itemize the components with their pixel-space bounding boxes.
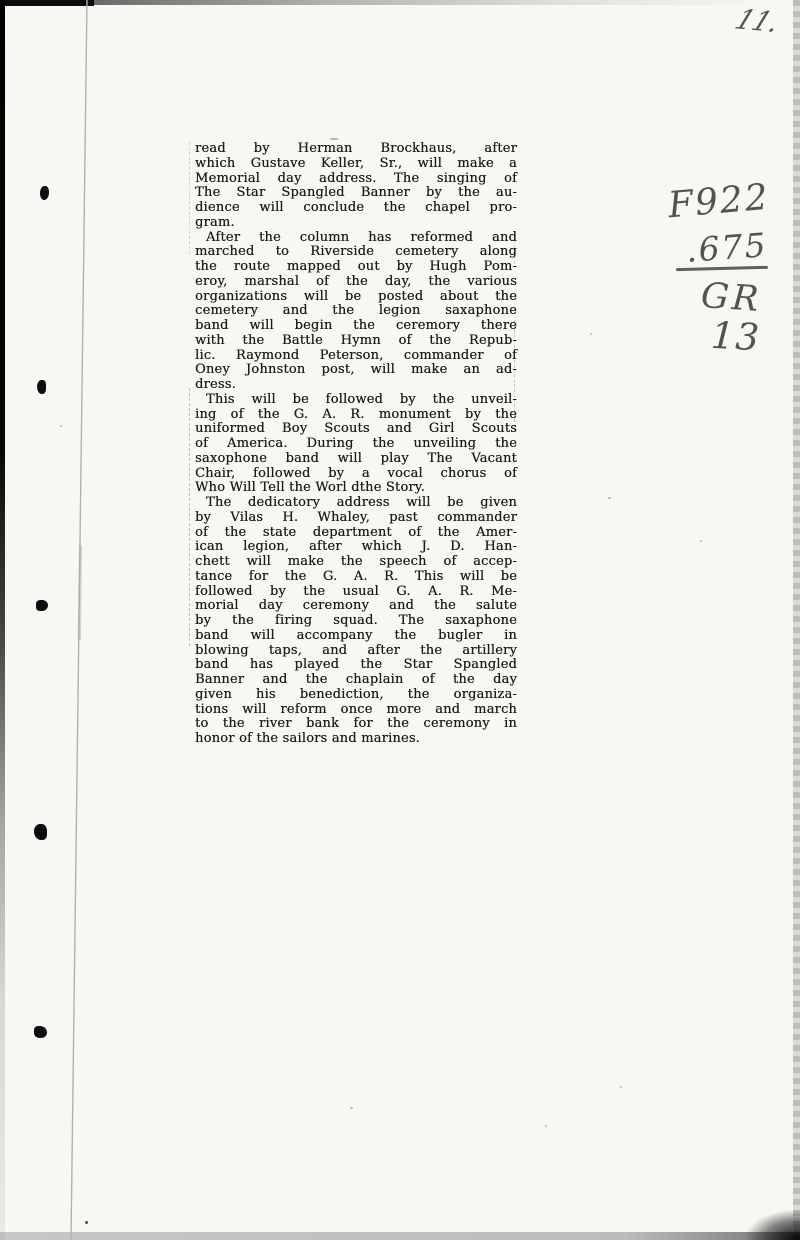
clipping-line: marched to Riverside cemetery along xyxy=(195,245,517,260)
clipping-line: After the column has reformed and xyxy=(195,231,517,246)
clipping-paragraph: The dedicatory address will be givenby V… xyxy=(195,496,517,747)
clipping-line: band has played the Star Spangled xyxy=(195,658,517,673)
clipping-line: This will be followed by the unveil- xyxy=(195,393,517,408)
clipping-line: by Vilas H. Whaley, past commander xyxy=(195,511,517,526)
call-number-line-2: .675 xyxy=(685,225,769,270)
clipping-line: by the firing squad. The saxaphone xyxy=(195,614,517,629)
clipping-line: organizations will be posted about the xyxy=(195,290,517,305)
clipping-line: lic. Raymond Peterson, commander of xyxy=(195,349,517,364)
clipping-line: given his benediction, the organiza- xyxy=(195,688,517,703)
clipping-line: which Gustave Keller, Sr., will make a xyxy=(195,157,517,172)
clipping-line: to the river bank for the ceremony in xyxy=(195,717,517,732)
clipping-paragraph: read by Herman Brockhaus, afterwhich Gus… xyxy=(195,142,517,231)
clipping-line: gram. xyxy=(195,216,517,231)
clipping-line: the route mapped out by Hugh Pom- xyxy=(195,260,517,275)
clipping-line: Oney Johnston post, will make an ad- xyxy=(195,363,517,378)
paper-speck xyxy=(330,138,338,140)
paper-speck xyxy=(620,1086,622,1088)
ink-blot xyxy=(34,1026,47,1038)
clipping-line: dience will conclude the chapel pro- xyxy=(195,201,517,216)
clipping-line: chett will make the speech of accep- xyxy=(195,555,517,570)
paper-speck xyxy=(545,1125,547,1127)
clipping-line: Banner and the chaplain of the day xyxy=(195,673,517,688)
paper-speck xyxy=(608,497,611,499)
clipping-line: uniformed Boy Scouts and Girl Scouts xyxy=(195,422,517,437)
clipping-paragraph: After the column has reformed andmarched… xyxy=(195,231,517,393)
clipping-line: saxophone band will play The Vacant xyxy=(195,452,517,467)
clipping-line: cemetery and the legion saxaphone xyxy=(195,304,517,319)
paper-speck xyxy=(60,425,62,427)
clipping-line: Memorial day address. The singing of xyxy=(195,172,517,187)
clipping-line: ing of the G. A. R. monument by the xyxy=(195,408,517,423)
clipping-line: ican legion, after which J. D. Han- xyxy=(195,540,517,555)
clipping-line: eroy, marshal of the day, the various xyxy=(195,275,517,290)
call-number-line-3: GR xyxy=(700,276,763,320)
clipping-line: The Star Spangled Banner by the au- xyxy=(195,186,517,201)
clipping-paragraph: This will be followed by the unveil-ing … xyxy=(195,393,517,496)
ink-blot xyxy=(34,824,47,840)
clipping-line: of the state department of the Amer- xyxy=(195,526,517,541)
paper-speck xyxy=(700,540,702,542)
clipping-line: followed by the usual G. A. R. Me- xyxy=(195,585,517,600)
clipping-left-rule xyxy=(189,388,190,646)
clipping-line: of America. During the unveiling the xyxy=(195,437,517,452)
clipping-line: band will begin the ceremory there xyxy=(195,319,517,334)
ink-blot xyxy=(37,380,46,394)
clipping-line: tions will reform once more and march xyxy=(195,703,517,718)
clipping-line: dress. xyxy=(195,378,517,393)
clipping-line: Chair, followed by a vocal chorus of xyxy=(195,467,517,482)
clipping-line: morial day ceremony and the salute xyxy=(195,599,517,614)
paper-speck xyxy=(590,333,592,335)
clipping-line: honor of the sailors and marines. xyxy=(195,732,517,747)
clipping-left-rule xyxy=(189,142,190,254)
clipping-line: read by Herman Brockhaus, after xyxy=(195,142,517,157)
clipping-line: The dedicatory address will be given xyxy=(195,496,517,511)
paper-speck xyxy=(85,1221,88,1224)
call-number-line-4: 13 xyxy=(710,314,761,360)
clipping-text: read by Herman Brockhaus, afterwhich Gus… xyxy=(195,142,517,747)
scanned-scrapbook-page: read by Herman Brockhaus, afterwhich Gus… xyxy=(0,0,800,1240)
clipping-line: band will accompany the bugler in xyxy=(195,629,517,644)
clipping-line: tance for the G. A. R. This will be xyxy=(195,570,517,585)
paper-speck xyxy=(350,1107,353,1109)
clipping-line: blowing taps, and after the artillery xyxy=(195,644,517,659)
clipping-line: Who Will Tell the Worl dthe Story. xyxy=(195,481,517,496)
clipping-line: with the Battle Hymn of the Repub- xyxy=(195,334,517,349)
